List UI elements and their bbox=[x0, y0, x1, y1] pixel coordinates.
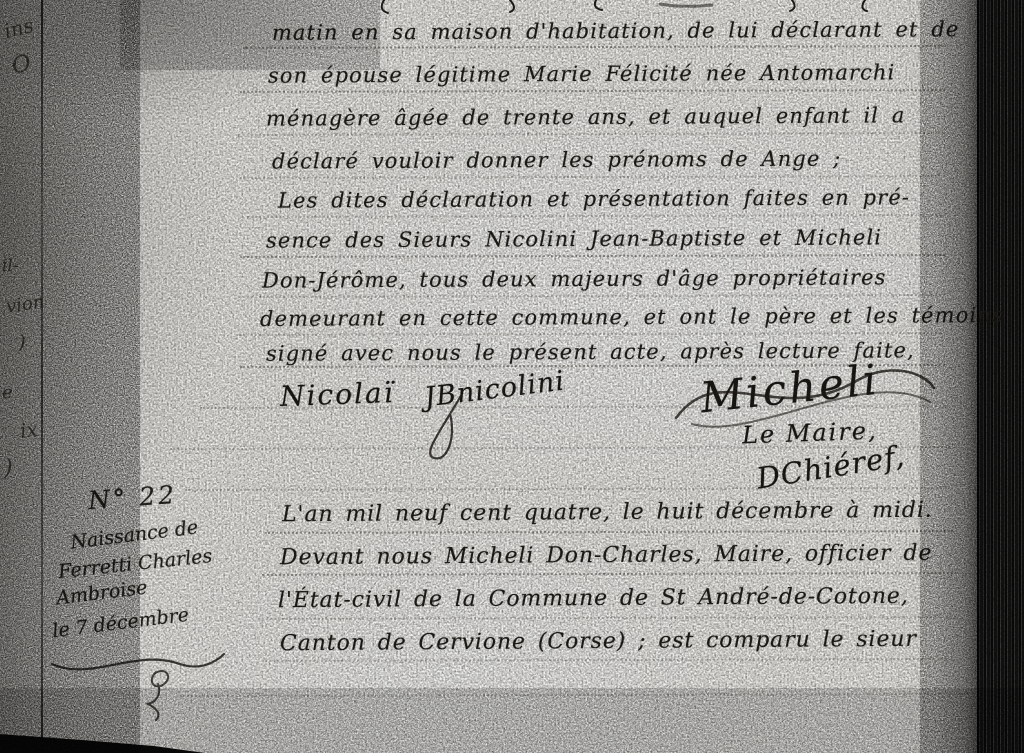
ruled-line bbox=[180, 693, 968, 697]
margin-act-number: N° 22 bbox=[87, 480, 178, 515]
register-scan-page: ins O il- vion ) e ix ) matin en sa mais… bbox=[0, 0, 1024, 753]
ruled-line bbox=[238, 132, 945, 136]
act-line: demeurant en cette commune, et ont le pè… bbox=[260, 303, 1004, 331]
edge-text-fragment: ) bbox=[18, 330, 26, 354]
act-line: Don-Jérôme, tous deux majeurs d'âge prop… bbox=[262, 265, 887, 292]
act-line: ménagère âgée de trente ans, et auquel e… bbox=[266, 103, 906, 130]
ruled-line bbox=[262, 658, 955, 662]
act-line: Les dites déclaration et présentation fa… bbox=[278, 185, 910, 212]
ruled-line bbox=[240, 89, 945, 93]
act-line: Canton de Cervione (Corse) ; est comparu… bbox=[280, 627, 917, 656]
edge-text-fragment: O bbox=[10, 51, 33, 80]
margin-note-flourish bbox=[50, 648, 230, 698]
book-fore-edge bbox=[977, 0, 1024, 753]
ruled-line bbox=[243, 45, 943, 49]
ruled-line bbox=[265, 530, 953, 534]
edge-text-fragment: il- bbox=[2, 256, 19, 276]
act-line: Devant nous Micheli Don-Charles, Maire, … bbox=[280, 541, 932, 571]
act-line: L'an mil neuf cent quatre, le huit décem… bbox=[282, 498, 933, 528]
ruled-line bbox=[238, 294, 945, 298]
act-line: son épouse légitime Marie Félicité née A… bbox=[268, 60, 896, 87]
edge-text-fragment: e bbox=[2, 382, 13, 403]
act-line: déclaré vouloir donner les prénoms de An… bbox=[272, 147, 842, 174]
ruled-line bbox=[258, 616, 956, 620]
ruled-line bbox=[236, 332, 945, 336]
ruled-line bbox=[240, 254, 945, 258]
ruled-line bbox=[240, 175, 940, 179]
witness-signature-nicolai: Nicolaï bbox=[279, 376, 395, 413]
ruled-line bbox=[262, 572, 953, 576]
signature-flourish bbox=[420, 392, 510, 462]
act-line: matin en sa maison d'habitation, de lui … bbox=[272, 17, 959, 45]
ruled-line bbox=[242, 214, 945, 218]
edge-text-fragment: ) bbox=[4, 456, 13, 481]
cutoff-line-strokes bbox=[360, 0, 900, 16]
gutter-fold-line bbox=[41, 0, 43, 753]
act-line: sence des Sieurs Nicolini Jean-Baptiste … bbox=[266, 225, 882, 252]
ruled-line bbox=[185, 487, 950, 491]
edge-text-fragment: ix bbox=[19, 417, 39, 443]
act-line: l'État-civil de la Commune de St André-d… bbox=[278, 584, 909, 613]
